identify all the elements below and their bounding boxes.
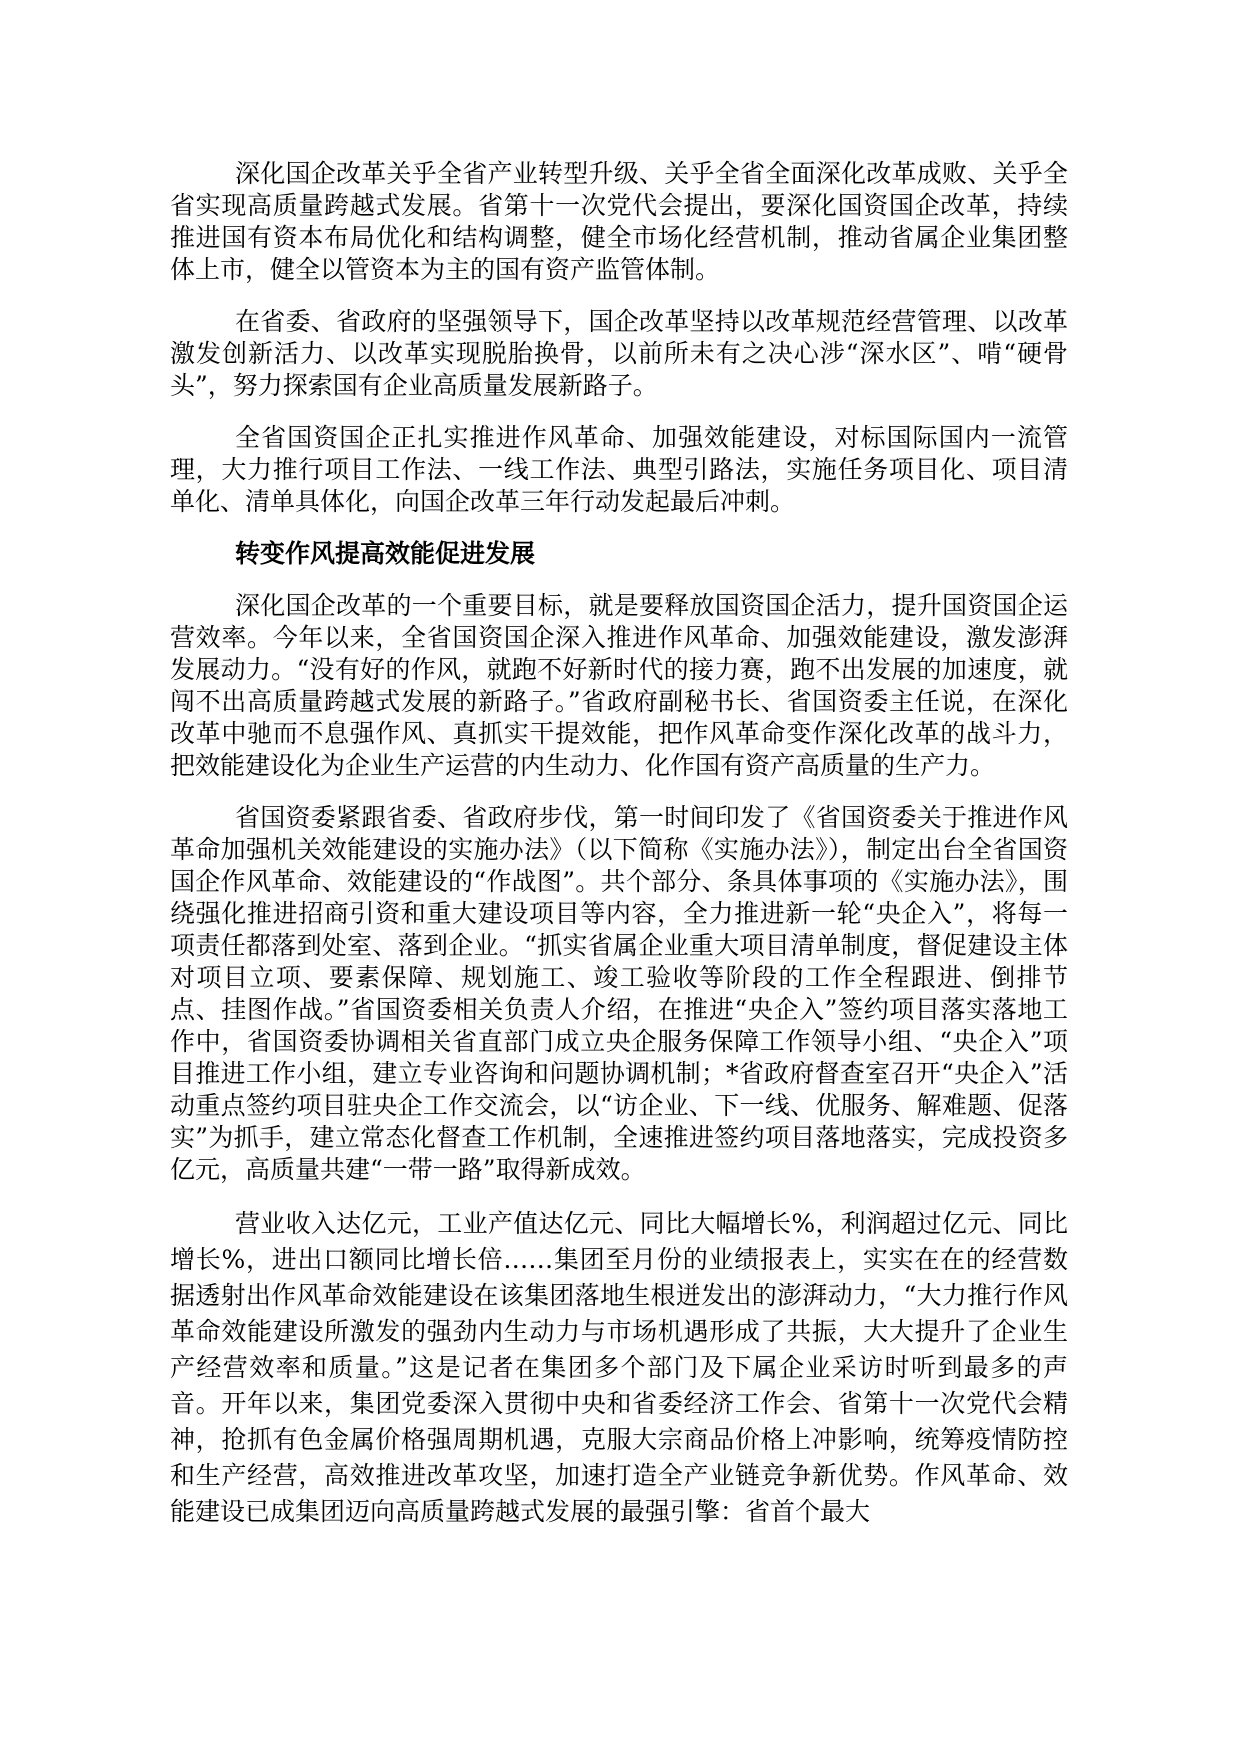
document-page: 深化国企改革关乎全省产业转型升级、关乎全省全面深化改革成败、关乎全省实现高质量跨… <box>0 0 1240 1754</box>
paragraph-provincial-leadership: 在省委、省政府的坚强领导下，国企改革坚持以改革规范经营管理、以改革激发创新活力、… <box>170 306 1068 402</box>
section-heading-transform-style: 转变作风提高效能促进发展 <box>170 538 1068 570</box>
paragraph-sasac-implementation-measures: 省国资委紧跟省委、省政府步伐，第一时间印发了《省国资委关于推进作风革命加强机关效… <box>170 802 1068 1186</box>
paragraph-reform-goal: 深化国企改革的一个重要目标，就是要释放国资国企活力，提升国资国企运营效率。今年以… <box>170 590 1068 782</box>
paragraph-deepen-reform-overview: 深化国企改革关乎全省产业转型升级、关乎全省全面深化改革成败、关乎全省实现高质量跨… <box>170 158 1068 286</box>
paragraph-group-performance-results: 营业收入达亿元，工业产值达亿元、同比大幅增长%，利润超过亿元、同比增长%，进出口… <box>170 1206 1068 1530</box>
paragraph-style-revolution-push: 全省国资国企正扎实推进作风革命、加强效能建设，对标国际国内一流管理，大力推行项目… <box>170 422 1068 518</box>
